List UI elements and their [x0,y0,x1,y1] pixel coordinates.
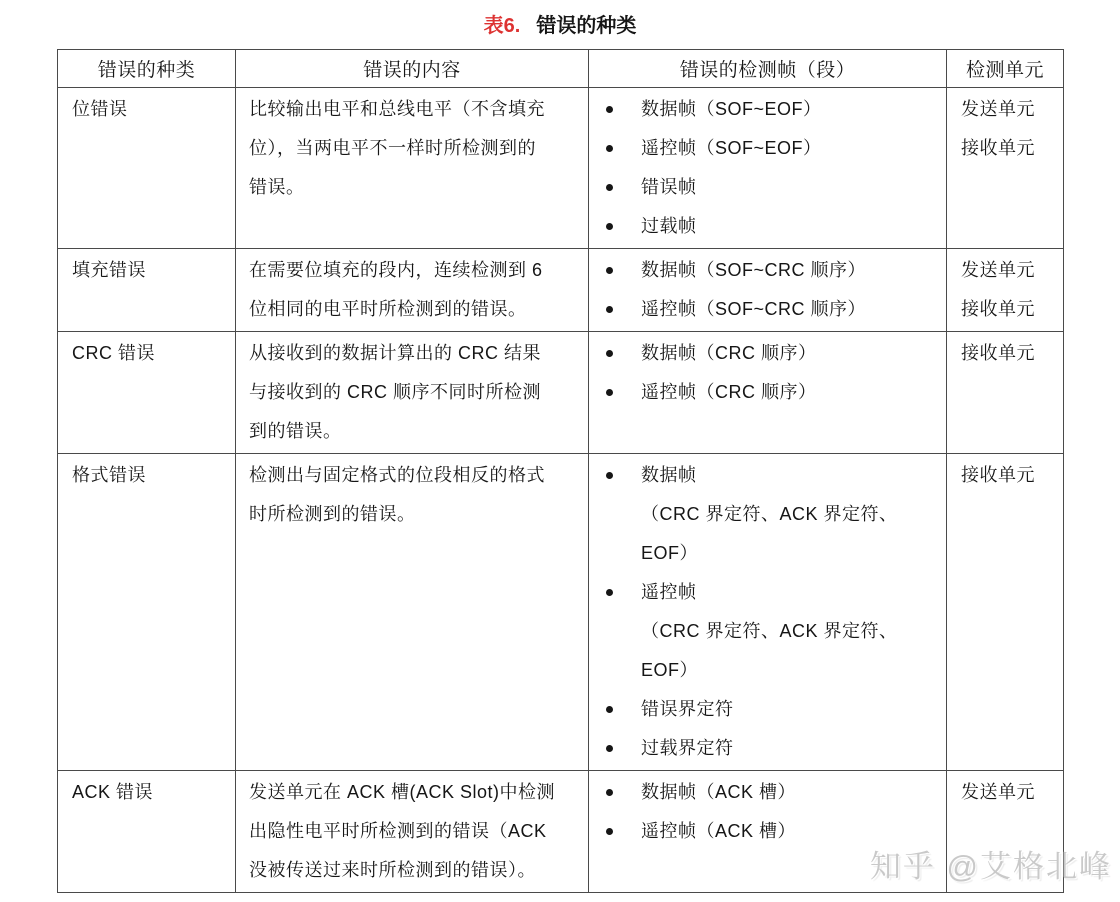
bullet-icon [606,745,613,752]
error-type-cell: ACK 错误 [58,771,236,893]
error-type-cell: 位错误 [58,88,236,249]
error-type-cell: 填充错误 [58,249,236,332]
detection-frames-cell: 数据帧（SOF~CRC 顺序）遥控帧（SOF~CRC 顺序） [589,249,947,332]
frame-item-text: 数据帧（CRC 顺序） [641,334,817,373]
frame-list-item: 遥控帧（CRC 顺序） [589,373,940,412]
bullet-icon [606,145,613,152]
frame-list-item: 过载帧 [589,207,940,246]
frame-item-text: 错误界定符 [641,690,734,729]
column-header-1: 错误的内容 [236,50,589,88]
frame-list-item: 遥控帧 （CRC 界定符、ACK 界定符、 EOF） [589,573,940,690]
bullet-icon [606,789,613,796]
error-type-cell: 格式错误 [58,454,236,771]
frames-list: 数据帧 （CRC 界定符、ACK 界定符、 EOF）遥控帧 （CRC 界定符、A… [589,456,940,768]
frame-item-text: 遥控帧（CRC 顺序） [641,373,817,412]
detection-frames-cell: 数据帧（ACK 槽）遥控帧（ACK 槽） [589,771,947,893]
table-row: 填充错误在需要位填充的段内，连续检测到 6 位相同的电平时所检测到的错误。数据帧… [58,249,1064,332]
detection-frames-cell: 数据帧 （CRC 界定符、ACK 界定符、 EOF）遥控帧 （CRC 界定符、A… [589,454,947,771]
bullet-icon [606,350,613,357]
frame-item-text: 错误帧 [641,168,697,207]
frame-list-item: 遥控帧（SOF~CRC 顺序） [589,290,940,329]
frame-item-text: 过载帧 [641,207,697,246]
detection-unit-cell: 接收单元 [947,332,1064,454]
detection-frames-cell: 数据帧（CRC 顺序）遥控帧（CRC 顺序） [589,332,947,454]
bullet-icon [606,589,613,596]
table-row: 格式错误检测出与固定格式的位段相反的格式 时所检测到的错误。数据帧 （CRC 界… [58,454,1064,771]
table-row: ACK 错误发送单元在 ACK 槽(ACK Slot)中检测 出隐性电平时所检测… [58,771,1064,893]
table-caption: 表6.错误的种类 [0,0,1120,40]
bullet-icon [606,223,613,230]
table-title: 错误的种类 [536,15,636,37]
column-header-0: 错误的种类 [58,50,236,88]
error-content-cell: 在需要位填充的段内，连续检测到 6 位相同的电平时所检测到的错误。 [236,249,589,332]
frames-list: 数据帧（ACK 槽）遥控帧（ACK 槽） [589,773,940,851]
frame-list-item: 数据帧（SOF~EOF） [589,90,940,129]
frame-item-text: 过载界定符 [641,729,734,768]
error-content-cell: 从接收到的数据计算出的 CRC 结果 与接收到的 CRC 顺序不同时所检测 到的… [236,332,589,454]
table-row: 位错误比较输出电平和总线电平（不含填充 位），当两电平不一样时所检测到的 错误。… [58,88,1064,249]
table-body: 位错误比较输出电平和总线电平（不含填充 位），当两电平不一样时所检测到的 错误。… [58,88,1064,893]
bullet-icon [606,184,613,191]
frame-list-item: 遥控帧（SOF~EOF） [589,129,940,168]
detection-unit-cell: 发送单元 接收单元 [947,88,1064,249]
bullet-icon [606,828,613,835]
bullet-icon [606,106,613,113]
column-header-3: 检测单元 [947,50,1064,88]
frame-list-item: 数据帧（ACK 槽） [589,773,940,812]
frame-item-text: 遥控帧（SOF~EOF） [641,129,822,168]
document-page: 表6.错误的种类 错误的种类错误的内容错误的检测帧（段）检测单元 位错误比较输出… [0,0,1120,902]
frame-item-text: 遥控帧（SOF~CRC 顺序） [641,290,866,329]
frame-list-item: 数据帧（CRC 顺序） [589,334,940,373]
frame-list-item: 遥控帧（ACK 槽） [589,812,940,851]
detection-frames-cell: 数据帧（SOF~EOF）遥控帧（SOF~EOF）错误帧过载帧 [589,88,947,249]
error-content-cell: 比较输出电平和总线电平（不含填充 位），当两电平不一样时所检测到的 错误。 [236,88,589,249]
error-content-cell: 发送单元在 ACK 槽(ACK Slot)中检测 出隐性电平时所检测到的错误（A… [236,771,589,893]
table-header-row: 错误的种类错误的内容错误的检测帧（段）检测单元 [58,50,1064,88]
bullet-icon [606,267,613,274]
detection-unit-cell: 接收单元 [947,454,1064,771]
frame-item-text: 数据帧（SOF~EOF） [641,90,822,129]
error-type-cell: CRC 错误 [58,332,236,454]
frame-list-item: 数据帧（SOF~CRC 顺序） [589,251,940,290]
error-content-cell: 检测出与固定格式的位段相反的格式 时所检测到的错误。 [236,454,589,771]
table-row: CRC 错误从接收到的数据计算出的 CRC 结果 与接收到的 CRC 顺序不同时… [58,332,1064,454]
frame-list-item: 错误帧 [589,168,940,207]
frame-list-item: 错误界定符 [589,690,940,729]
detection-unit-cell: 发送单元 接收单元 [947,249,1064,332]
frame-list-item: 过载界定符 [589,729,940,768]
bullet-icon [606,706,613,713]
detection-unit-cell: 发送单元 [947,771,1064,893]
frames-list: 数据帧（SOF~EOF）遥控帧（SOF~EOF）错误帧过载帧 [589,90,940,246]
frame-item-text: 数据帧 （CRC 界定符、ACK 界定符、 EOF） [641,456,898,573]
frames-list: 数据帧（SOF~CRC 顺序）遥控帧（SOF~CRC 顺序） [589,251,940,329]
frame-item-text: 数据帧（ACK 槽） [641,773,796,812]
error-types-table: 错误的种类错误的内容错误的检测帧（段）检测单元 位错误比较输出电平和总线电平（不… [57,49,1064,893]
frame-item-text: 遥控帧 （CRC 界定符、ACK 界定符、 EOF） [641,573,898,690]
frame-item-text: 遥控帧（ACK 槽） [641,812,796,851]
frames-list: 数据帧（CRC 顺序）遥控帧（CRC 顺序） [589,334,940,412]
column-header-2: 错误的检测帧（段） [589,50,947,88]
bullet-icon [606,389,613,396]
table-number-label: 表6. [484,15,521,37]
bullet-icon [606,472,613,479]
frame-list-item: 数据帧 （CRC 界定符、ACK 界定符、 EOF） [589,456,940,573]
frame-item-text: 数据帧（SOF~CRC 顺序） [641,251,866,290]
bullet-icon [606,306,613,313]
